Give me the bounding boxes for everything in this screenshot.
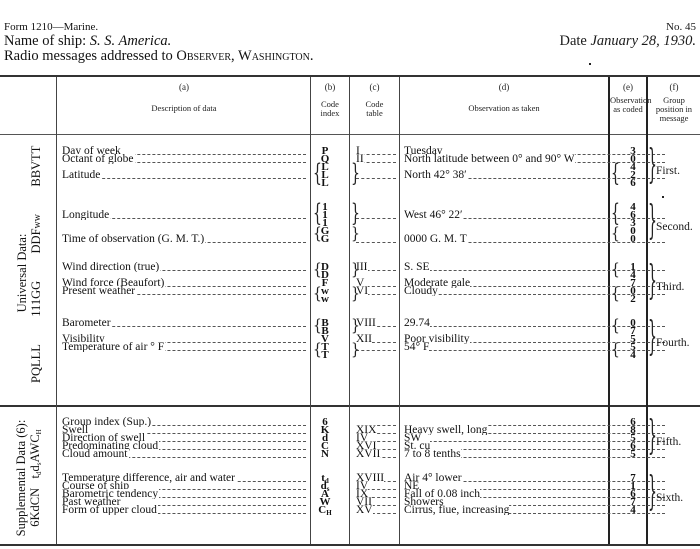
stray-dot — [589, 63, 591, 65]
col-divider-c — [399, 77, 400, 544]
left-brace-icon: { — [313, 226, 322, 242]
coded-value-cell: 4 — [621, 350, 645, 360]
radio-recipient: Observer, Washington. — [176, 48, 313, 64]
col-label: Observation as coded — [610, 96, 646, 114]
table-top-rule — [0, 75, 700, 77]
col-header-a: (a)Description of data — [58, 83, 310, 113]
left-brace-icon: { — [313, 286, 322, 302]
coded-value-cell: 2 — [621, 294, 645, 304]
date-value: January 28, 1930. — [590, 33, 696, 49]
col-header-d: (d)Observation as taken — [400, 83, 608, 113]
code-table-cell: II — [356, 154, 398, 164]
right-brace-icon: } — [351, 162, 360, 186]
header-bottom-rule — [0, 134, 700, 135]
col-header-c: (c)Code table — [350, 83, 399, 118]
universal-data-label: Universal Data:PQLLL 111GG DDFww BBVTT — [15, 163, 45, 383]
radio-prefix: Radio messages addressed to — [4, 48, 176, 64]
radio-line: Radio messages addressed to Observer, Wa… — [4, 48, 314, 65]
right-brace-icon: } — [351, 226, 360, 242]
group-position-label: Fourth. — [656, 337, 690, 349]
left-brace-icon: { — [611, 342, 620, 358]
col-label: Group position in message — [649, 96, 699, 123]
code-table-cell: XV — [356, 505, 398, 515]
left-brace-icon: { — [611, 226, 620, 242]
supplemental-title: Supplemental Data (6): — [14, 403, 28, 549]
supplemental-codes: 6KdCN tddsAWCH — [28, 403, 46, 549]
code-table-cell: VIII — [356, 318, 398, 328]
description-cell: Time of observation (G. M. T.) — [62, 234, 306, 244]
group-position-label: First. — [656, 165, 680, 177]
col-label: Description of data — [151, 103, 216, 113]
left-brace-icon: { — [611, 202, 620, 226]
col-letter: (a) — [58, 83, 310, 92]
col-header-b: (b)Code index — [311, 83, 349, 118]
universal-title: Universal Data: — [15, 163, 29, 383]
ship-name: S. S. America. — [90, 33, 172, 49]
left-brace-icon: { — [313, 162, 322, 186]
col-letter: (e) — [610, 83, 646, 92]
universal-codes: PQLLL 111GG DDFww BBVTT — [29, 163, 45, 383]
col-label: Observation as taken — [468, 103, 539, 113]
left-brace-icon: { — [611, 318, 620, 334]
group-position-label: Second. — [656, 221, 693, 233]
table-bottom-rule — [0, 544, 700, 546]
description-cell: Barometer — [62, 318, 306, 328]
left-brace-icon: { — [611, 286, 620, 302]
col-divider-a — [310, 77, 311, 544]
description-cell: Cloud amount — [62, 449, 306, 459]
description-cell: Present weather — [62, 286, 306, 296]
ship-label: Name of ship: — [4, 33, 90, 49]
col-divider-b — [349, 77, 350, 544]
left-brace-icon: { — [611, 262, 620, 278]
right-brace-icon: } — [351, 318, 360, 334]
description-cell: Wind direction (true) — [62, 262, 306, 272]
code-table-cell: XVII — [356, 449, 398, 459]
code-table-cell — [356, 170, 398, 180]
description-cell: Latitude — [62, 170, 306, 180]
coded-value-cell: 0 — [621, 234, 645, 244]
col-header-e: (e)Observation as coded — [610, 83, 646, 114]
right-brace-icon: } — [351, 286, 360, 302]
right-brace-icon: } — [351, 342, 360, 358]
left-brace-icon: { — [313, 318, 322, 334]
left-brace-icon: { — [313, 202, 322, 226]
date-line: Date January 28, 1930. — [559, 33, 696, 50]
code-table-cell — [356, 234, 398, 244]
description-cell: Temperature of air ° F — [62, 342, 306, 352]
code-table-cell: III — [356, 262, 398, 272]
group-position-label: Sixth. — [656, 492, 683, 504]
col-letter: (c) — [350, 83, 399, 92]
stray-dot — [662, 196, 664, 198]
col-header-f: (f)Group position in message — [648, 83, 700, 123]
description-cell: Longitude — [62, 210, 306, 220]
section-divider-rule — [0, 405, 700, 407]
code-table-cell — [356, 210, 398, 220]
group-position-label: Third. — [656, 281, 684, 293]
code-index-cell: CH — [313, 505, 337, 515]
description-cell: Form of upper cloud — [62, 505, 306, 515]
col-label: Code index — [317, 100, 343, 118]
col-divider-side — [56, 77, 57, 544]
supplemental-data-label: Supplemental Data (6):6KdCN tddsAWCH — [14, 403, 46, 549]
col-label: Code table — [362, 100, 388, 118]
left-brace-icon: { — [611, 162, 620, 186]
code-table-cell: VI — [356, 286, 398, 296]
code-index-cell: N — [313, 449, 337, 459]
col-letter: (d) — [400, 83, 608, 92]
coded-value-cell: 4 — [621, 505, 645, 515]
form-number: No. 45 — [666, 21, 696, 33]
coded-value-cell: 6 — [621, 178, 645, 188]
description-cell: Octant of globe — [62, 154, 306, 164]
col-letter: (b) — [311, 83, 349, 92]
right-brace-icon: } — [351, 262, 360, 278]
coded-value-cell: 5 — [621, 449, 645, 459]
code-table-cell — [356, 342, 398, 352]
left-brace-icon: { — [313, 342, 322, 358]
col-letter: (f) — [648, 83, 700, 92]
right-brace-icon: } — [351, 202, 360, 226]
left-brace-icon: { — [313, 262, 322, 278]
group-position-label: Fifth. — [656, 436, 681, 448]
form-id: Form 1210—Marine. — [4, 21, 98, 33]
date-label: Date — [559, 33, 590, 49]
